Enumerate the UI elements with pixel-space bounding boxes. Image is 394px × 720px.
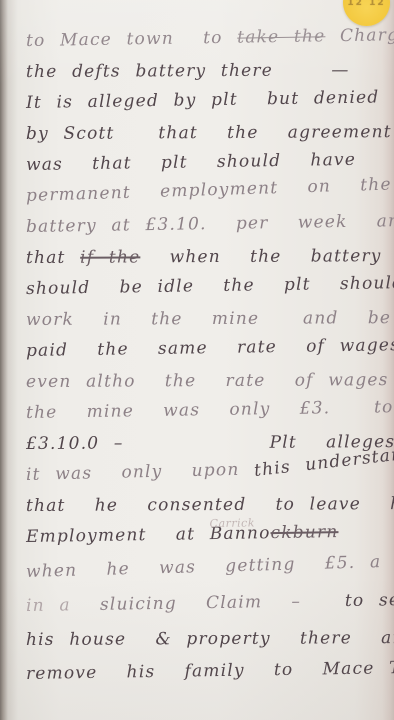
handwritten-text: that he consented to leave his <box>26 494 394 516</box>
manuscript-photo: 12 12 to Mace town to take the Charge of… <box>0 0 394 720</box>
handwritten-text: paid the same rate of wages <box>26 335 394 361</box>
handwritten-text: by Scott that the agreement <box>26 122 392 144</box>
handwritten-text: Charge of <box>325 24 394 46</box>
struck-text: ckburn <box>270 522 338 543</box>
handwritten-line: should be idle the plt should <box>26 268 380 305</box>
struck-text: take the <box>237 26 325 47</box>
handwritten-text: Employment at <box>26 524 210 547</box>
handwritten-line: It is alleged by plt but denied <box>26 82 380 119</box>
handwritten-line: battery at £3.10. per week and <box>26 206 380 243</box>
handwritten-line: his house & property there and to <box>26 623 380 656</box>
handwritten-text: £3.10.0 – <box>26 433 124 454</box>
handwritten-text: when the battery <box>140 246 381 267</box>
handwriting: to Mace town to take the Charge ofthe de… <box>26 26 380 690</box>
struck-text: if the <box>80 247 140 267</box>
handwritten-text: work in the mine and be <box>26 308 391 330</box>
handwritten-text: It is alleged by plt but denied <box>26 87 380 113</box>
handwritten-text: even altho the rate of wages in <box>26 370 394 392</box>
handwritten-text: should be idle the plt should <box>26 273 394 299</box>
handwritten-line: when he was getting £5. a week <box>26 547 381 588</box>
handwritten-text: when he was getting £5. a week <box>26 550 394 582</box>
sticker-marks: 12 12 <box>343 0 390 8</box>
handwritten-text: sluicing Claim – <box>85 591 345 615</box>
handwritten-text: permanent employment on the <box>26 175 392 206</box>
handwritten-line: remove his family to Mace Town <box>26 653 380 690</box>
handwritten-text: it was only upon <box>26 459 255 485</box>
handwritten-line: paid the same rate of wages <box>26 330 380 367</box>
handwritten-text: battery at £3.10. per week and <box>26 211 394 237</box>
handwritten-text: to Mace town to <box>26 28 238 51</box>
handwritten-line: to Mace town to take the Charge of <box>26 20 380 57</box>
handwritten-text: that <box>26 248 80 268</box>
handwritten-text: his house & property there and to <box>26 628 394 650</box>
handwritten-text: the defts battery there — <box>26 60 350 82</box>
handwritten-line: the mine was only £3. to <box>26 392 380 429</box>
handwritten-text: the mine was only £3. to <box>26 397 394 423</box>
handwritten-text: to sell <box>345 590 394 611</box>
handwritten-line: in a sluicing Claim – to sell <box>26 585 380 622</box>
handwritten-text <box>124 433 270 454</box>
handwritten-text: remove his family to Mace Town <box>26 658 394 684</box>
handwritten-text: in a <box>26 595 86 616</box>
